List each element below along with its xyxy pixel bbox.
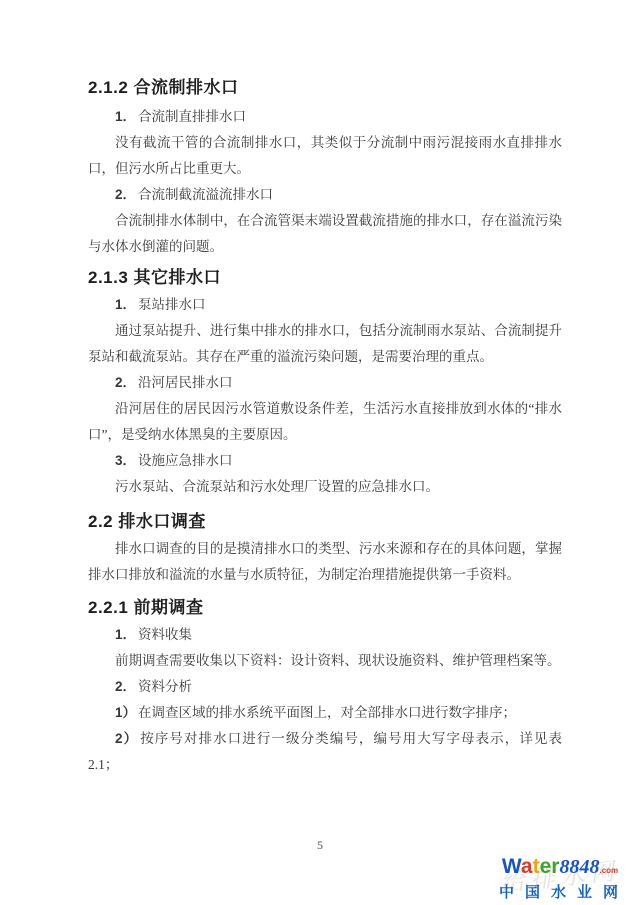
paragraph: 前期调查需要收集以下资料：设计资料、现状设施资料、维护管理档案等。 — [88, 648, 562, 674]
section-heading-2-1-3: 2.1.3 其它排水口 — [88, 266, 562, 290]
paragraph: 污水泵站、合流泵站和污水处理厂设置的应急排水口。 — [88, 474, 562, 500]
section-heading-2-2-1: 2.2.1 前期调查 — [88, 596, 562, 620]
list-item: 1．泵站排水口 — [88, 292, 562, 318]
list-item-number: 2． — [115, 679, 138, 694]
list-item: 2．资料分析 — [88, 674, 562, 700]
numbered-step: 1）在调查区域的排水系统平面图上，对全部排水口进行数字排序； — [88, 700, 562, 726]
paragraph: 沿河居住的居民因污水管道敷设条件差，生活污水直接排放到水体的“排水口”，是受纳水… — [88, 396, 562, 448]
heading-number: 2.1.2 — [88, 78, 128, 97]
paragraph: 合流制排水体制中，在合流管渠末端设置截流措施的排水口，存在溢流污染与水体水倒灌的… — [88, 208, 562, 260]
list-item-number: 1． — [115, 627, 138, 642]
heading-title: 合流制排水口 — [134, 78, 239, 97]
step-number: 2） — [115, 731, 140, 746]
section-heading-2-2: 2.2 排水口调查 — [88, 510, 562, 534]
list-item-number: 3． — [115, 453, 138, 468]
page-content: 2.1.2 合流制排水口 1．合流制直排排水口 没有截流干管的合流制排水口，其类… — [88, 0, 562, 778]
list-item-text: 合流制截流溢流排水口 — [138, 187, 273, 202]
logo-subtitle: 中国水业网 — [492, 883, 636, 903]
list-item-text: 设施应急排水口 — [138, 453, 233, 468]
list-item-text: 合流制直排排水口 — [138, 109, 246, 124]
section-heading-2-1-2: 2.1.2 合流制排水口 — [88, 76, 562, 100]
list-item: 1．资料收集 — [88, 622, 562, 648]
list-item: 2．沿河居民排水口 — [88, 370, 562, 396]
heading-number: 2.2.1 — [88, 598, 128, 617]
page-number: 5 — [317, 838, 323, 852]
water8848-logo: 给排水网 Water8848.com 中国水业网 — [484, 855, 636, 903]
heading-title: 其它排水口 — [134, 268, 222, 287]
paragraph: 通过泵站提升、进行集中排水的排水口，包括分流制雨水泵站、合流制提升泵站和截流泵站… — [88, 318, 562, 370]
logo-letter: a — [521, 855, 533, 878]
logo-letter: e — [540, 855, 552, 878]
heading-title: 排水口调查 — [118, 512, 206, 531]
step-number: 1） — [115, 705, 138, 720]
logo-wordmark: Water8848.com — [484, 855, 636, 883]
list-item-text: 资料分析 — [138, 679, 192, 694]
step-text: 按序号对排水口进行一级分类编号，编号用大写字母表示，详见表 2.1； — [88, 731, 562, 772]
list-item-number: 1． — [115, 297, 138, 312]
heading-number: 2.2 — [88, 512, 113, 531]
list-item-text: 泵站排水口 — [138, 297, 206, 312]
heading-number: 2.1.3 — [88, 268, 128, 287]
logo-letter: t — [533, 855, 540, 878]
list-item-number: 1． — [115, 109, 138, 124]
step-text: 在调查区域的排水系统平面图上，对全部排水口进行数字排序； — [138, 705, 516, 720]
list-item-text: 沿河居民排水口 — [138, 375, 233, 390]
paragraph: 排水口调查的目的是摸清排水口的类型、污水来源和存在的具体问题，掌握排水口排放和溢… — [88, 536, 562, 588]
heading-title: 前期调查 — [134, 598, 204, 617]
document-page: 2.1.2 合流制排水口 1．合流制直排排水口 没有截流干管的合流制排水口，其类… — [0, 0, 640, 905]
logo-tld: .com — [599, 866, 618, 875]
numbered-step: 2）按序号对排水口进行一级分类编号，编号用大写字母表示，详见表 2.1； — [88, 726, 562, 778]
logo-number: 8848 — [559, 856, 599, 878]
paragraph: 没有截流干管的合流制排水口，其类似于分流制中雨污混接雨水直排排水口，但污水所占比… — [88, 130, 562, 182]
list-item: 3．设施应急排水口 — [88, 448, 562, 474]
list-item: 1．合流制直排排水口 — [88, 104, 562, 130]
page-footer: 5 — [0, 836, 640, 854]
logo-letter: W — [502, 855, 521, 878]
list-item: 2．合流制截流溢流排水口 — [88, 182, 562, 208]
list-item-text: 资料收集 — [138, 627, 192, 642]
list-item-number: 2． — [115, 187, 138, 202]
list-item-number: 2． — [115, 375, 138, 390]
